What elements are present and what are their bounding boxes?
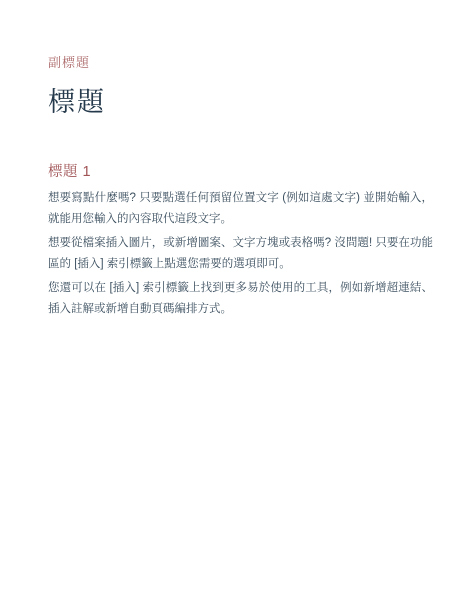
document-content: 副標題 標題 標題 1 想要寫點什麼嗎? 只要點選任何預留位置文字 (例如這處文… [48, 0, 433, 323]
document-title-placeholder: 標題 [48, 87, 433, 118]
document-subtitle-placeholder: 副標題 [48, 55, 433, 71]
document-page: 副標題 標題 標題 1 想要寫點什麼嗎? 只要點選任何預留位置文字 (例如這處文… [0, 0, 462, 600]
body-paragraph: 您還可以在 [插入] 索引標籤上找到更多易於使用的工具，例如新增超連結、插入註解… [48, 278, 433, 320]
document-body: 想要寫點什麼嗎? 只要點選任何預留位置文字 (例如這處文字) 並開始輸入，就能用… [48, 188, 433, 320]
body-paragraph: 想要寫點什麼嗎? 只要點選任何預留位置文字 (例如這處文字) 並開始輸入，就能用… [48, 188, 433, 230]
document-heading1: 標題 1 [48, 164, 433, 181]
body-paragraph: 想要從檔案插入圖片，或新增圖案、文字方塊或表格嗎? 沒問題! 只要在功能區的 [… [48, 233, 433, 275]
